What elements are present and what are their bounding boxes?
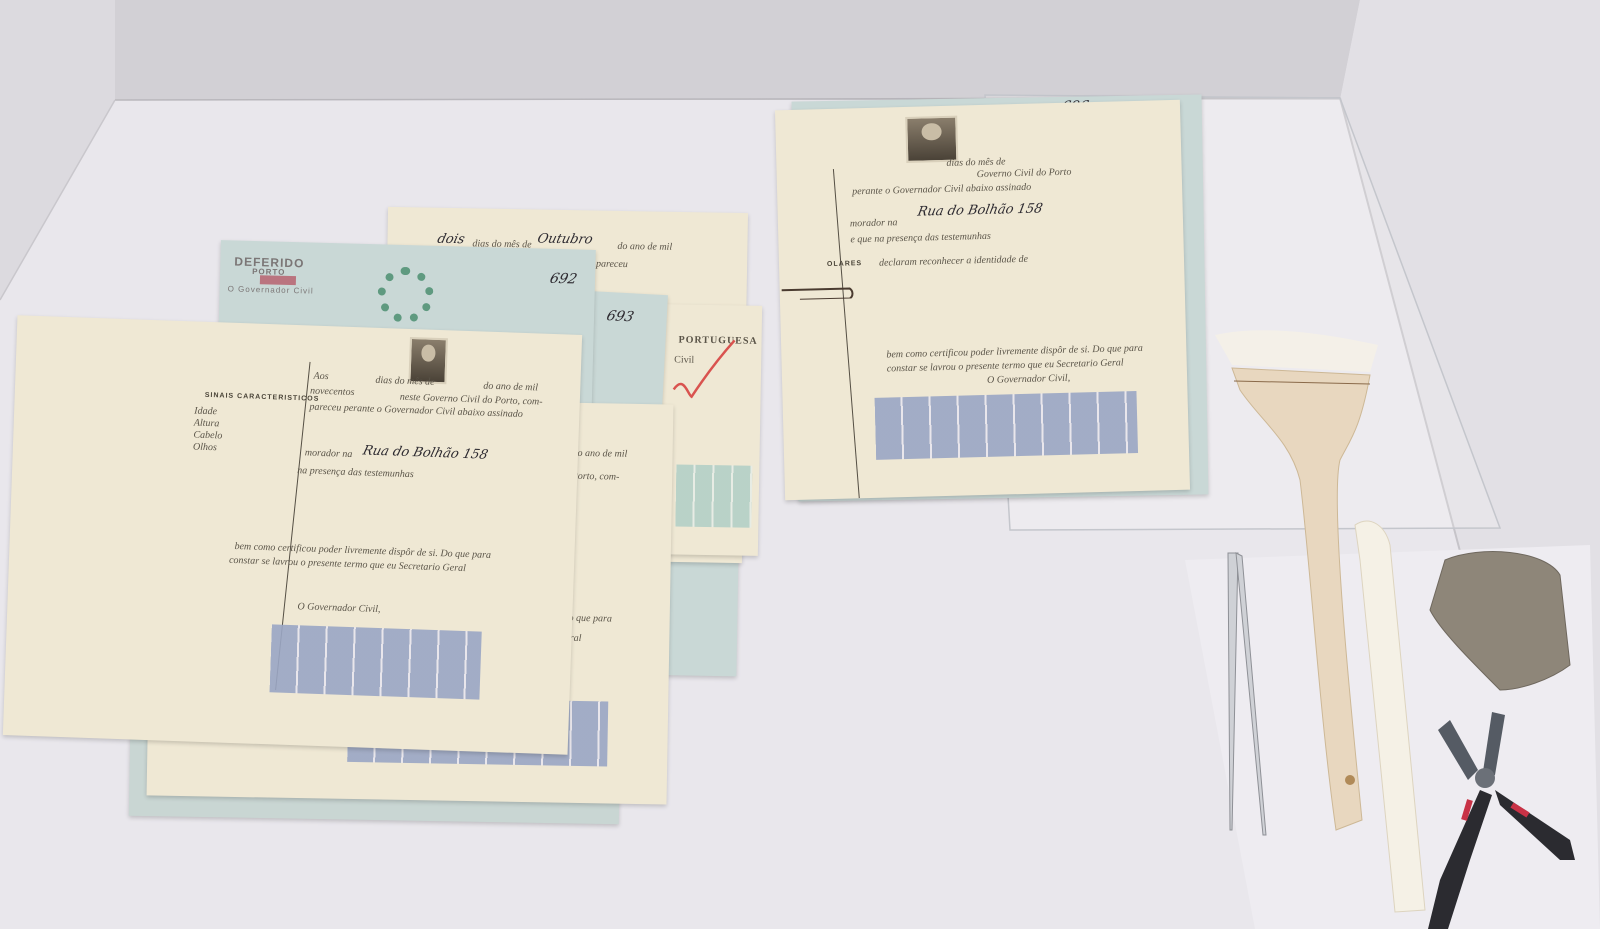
bone-folder: [1355, 521, 1425, 912]
cutting-pliers[interactable]: [1428, 712, 1575, 929]
eraser-sponge: [1430, 552, 1570, 690]
tools-layer: [0, 0, 1600, 929]
tweezers[interactable]: [1228, 553, 1266, 835]
